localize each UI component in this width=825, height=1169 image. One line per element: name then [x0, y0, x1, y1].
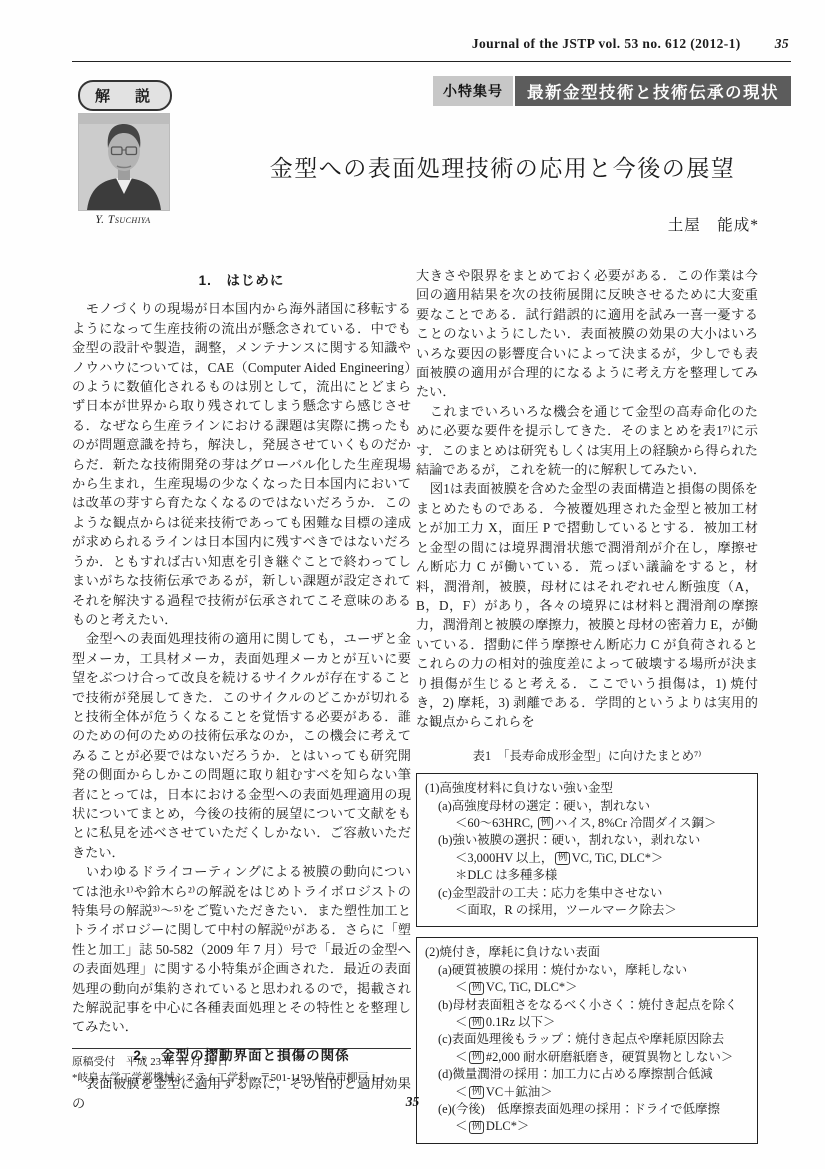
table-line: (a)硬質被膜の採用：焼付かない，摩耗しない	[425, 962, 749, 979]
table-line: (c)表面処理後もラップ：焼付き起点や摩耗原因除去	[425, 1031, 749, 1048]
table1-box2: (2)焼付き，摩耗に負けない表面 (a)硬質被膜の採用：焼付かない，摩耗しない …	[416, 937, 758, 1143]
table-line: ＜例0.1Rz 以下＞	[425, 1014, 749, 1031]
special-issue-title: 最新金型技術と技術伝承の現状	[515, 76, 791, 106]
article-type-badge: 解 説	[78, 80, 172, 111]
table-line: ＜60～63HRC, 例ハイス, 8%Cr 冷間ダイス鋼＞	[425, 815, 749, 832]
footer-page-number: 35	[0, 1094, 825, 1110]
left-column: 1. はじめに モノづくりの現場が日本国内から海外諸国に移転するようになって生産…	[72, 266, 411, 1113]
paragraph-intro-3: いわゆるドライコーティングによる被膜の動向については池永¹⁾や鈴木ら²⁾の解説を…	[72, 862, 411, 1037]
header-rule	[72, 61, 791, 62]
author-name: 土屋 能成*	[668, 213, 759, 235]
table-line: (2)焼付き，摩耗に負けない表面	[425, 944, 749, 961]
table-line: ＜例VC, TiC, DLC*＞	[425, 979, 749, 996]
table-line: (1)高強度材料に負けない強い金型	[425, 780, 749, 797]
footnote-block: 原稿受付 平成 23 年 11 月 24 日 *岐阜大学工学部機械システム工学科…	[72, 1048, 411, 1086]
table-line: (b)強い被膜の選択：硬い，割れない，剥れない	[425, 832, 749, 849]
paragraph-intro-1: モノづくりの現場が日本国内から海外諸国に移転するようになって生産技術の流出が懸念…	[72, 299, 411, 629]
table-line: (a)高強度母材の選定：硬い，割れない	[425, 798, 749, 815]
table-line: ＊DLC は多種多様	[425, 867, 749, 884]
table-line: ＜例#2,000 耐水研磨紙磨き，硬質異物としない＞	[425, 1049, 749, 1066]
header-page-number: 35	[775, 36, 789, 52]
example-marker-icon: 例	[555, 852, 570, 865]
author-photo	[78, 113, 170, 211]
table1-box1: (1)高強度材料に負けない強い金型 (a)高強度母材の選定：硬い，割れない ＜6…	[416, 773, 758, 927]
author-photo-caption: Y. Tsuchiya	[64, 214, 182, 226]
example-marker-icon: 例	[469, 982, 484, 995]
table-line: (d)微量潤滑の採用：加工力に占める摩擦割合低減	[425, 1066, 749, 1083]
table-line: ＜面取，R の採用，ツールマーク除去＞	[425, 902, 749, 919]
special-issue-label: 小特集号	[433, 76, 513, 106]
table-line: ＜3,000HV 以上，例VC, TiC, DLC*＞	[425, 850, 749, 867]
journal-citation: Journal of the JSTP vol. 53 no. 612 (201…	[472, 36, 741, 52]
page-header: Journal of the JSTP vol. 53 no. 612 (201…	[72, 36, 789, 52]
portrait-image	[79, 114, 169, 210]
example-marker-icon: 例	[469, 1051, 484, 1064]
footnote-affiliation: *岐阜大学工学部機械システム工学科 〒501-1193 岐阜市柳戸 1-1	[72, 1070, 411, 1086]
journal-page: Journal of the JSTP vol. 53 no. 612 (201…	[0, 0, 825, 1169]
paragraph-right-1: 大きさや限界をまとめておく必要がある．この作業は今回の適用結果を次の技術展開に反…	[416, 266, 758, 402]
article-title: 金型への表面処理技術の応用と今後の展望	[220, 150, 785, 183]
table-line: (b)母材表面粗さをなるべく小さく：焼付き起点を除く	[425, 997, 749, 1014]
paragraph-intro-2: 金型への表面処理技術の適用に関しても，ユーザと金型メーカ，工具材メーカ，表面処理…	[72, 629, 411, 862]
example-marker-icon: 例	[469, 1017, 484, 1030]
paragraph-right-2: これまでいろいろな機会を通じて金型の高寿命化のために必要な要件を提示してきた．そ…	[416, 402, 758, 480]
footnote-received-date: 原稿受付 平成 23 年 11 月 24 日	[72, 1054, 411, 1070]
example-marker-icon: 例	[538, 817, 553, 830]
special-issue-banner: 小特集号 最新金型技術と技術伝承の現状	[433, 76, 791, 106]
table1-caption: 表1 「長寿命成形金型」に向けたまとめ⁷⁾	[416, 747, 758, 766]
table-line: ＜例DLC*＞	[425, 1118, 749, 1135]
example-marker-icon: 例	[469, 1121, 484, 1134]
section-1-heading: 1. はじめに	[72, 271, 411, 290]
table-line: (c)金型設計の工夫：応力を集中させない	[425, 885, 749, 902]
paragraph-right-3: 図1は表面被膜を含めた金型の表面構造と損傷の関係をまとめたものである．今被覆処理…	[416, 479, 758, 731]
right-column: 大きさや限界をまとめておく必要がある．この作業は今回の適用結果を次の技術展開に反…	[416, 266, 758, 1144]
